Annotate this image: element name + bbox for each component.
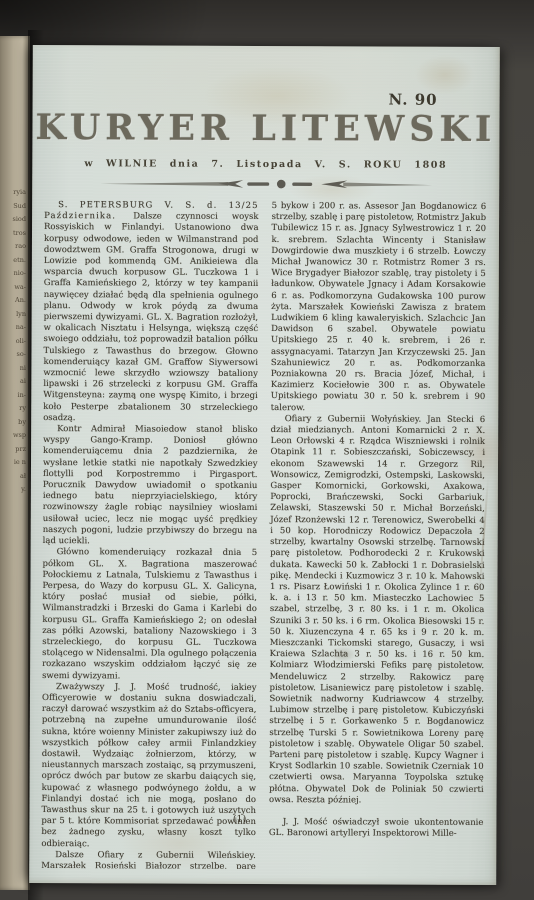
edge-text-fragment: prz	[0, 443, 30, 457]
paragraph: Ofiary z Gubernii Wołyńskiey. Jan Stecki…	[269, 414, 485, 807]
edge-text-fragment: tros	[0, 227, 30, 241]
page-number: (1)	[29, 813, 449, 826]
edge-text-fragment: nio-	[0, 267, 30, 281]
issue-number: N. 90	[388, 91, 437, 109]
decorative-divider-rule	[100, 176, 432, 191]
edge-text-fragment: ał	[0, 470, 30, 484]
edge-text-fragment: so-	[0, 348, 30, 362]
paragraph: 5 bykow i 200 r. as. Assesor Jan Bogdano…	[271, 201, 486, 415]
previous-page-edge: ryiaSudsiodtrosraoetn.nio-wa-An.lynna-ol…	[0, 36, 30, 890]
paragraph: Kontr Admirał Miasoiedow stanoł blisko w…	[43, 424, 258, 548]
edge-text-fragment: ry	[0, 402, 30, 416]
paragraph: Główno komenderuiący rozkazał dnia 5 pół…	[42, 547, 257, 682]
text-column-right: 5 bykow i 200 r. as. Assesor Jan Bogdano…	[269, 201, 486, 870]
edge-text-fragment: wsp	[0, 429, 30, 443]
edge-text-fragment: siod	[0, 213, 30, 227]
edge-text-fragment: ryia	[0, 186, 30, 200]
dateline: w WILNIE dnia 7. Listopada V. S. ROKU 18…	[32, 158, 499, 171]
edge-text-fragment: ni	[0, 362, 30, 376]
paragraph: Zważywszy J. J. Mość trudność, iakiey Of…	[41, 682, 256, 851]
edge-text-fragment: etn.	[0, 254, 30, 268]
edge-text-fragment: ie n	[0, 456, 30, 470]
edge-text-fragment: lyn	[0, 308, 30, 322]
edge-text-fragment: wa-	[0, 281, 30, 295]
paragraph: Dalsze Ofiary z Gubernii Wileńskiey. Mar…	[41, 850, 256, 870]
edge-text-fragments: ryiaSudsiodtrosraoetn.nio-wa-An.lynna-ol…	[0, 36, 30, 497]
edge-text-fragment: na-	[0, 321, 30, 335]
masthead-title: KURYER LITEWSKI	[32, 107, 499, 150]
edge-text-fragment: oli-	[0, 335, 30, 349]
edge-text-fragment: by	[0, 416, 30, 430]
edge-text-fragment: in-	[0, 389, 30, 403]
edge-text-fragment: Sud	[0, 200, 30, 214]
article-body: S. PETERSBURG V. S. d. 13/25 Październik…	[41, 200, 486, 870]
paper-stain	[415, 55, 475, 95]
edge-text-fragment: rao	[0, 240, 30, 254]
edge-text-fragment: An.	[0, 294, 30, 308]
paragraph-lead: S. PETERSBURG V. S. d. 13/25 Październik…	[44, 200, 259, 222]
book-scan-background: ryiaSudsiodtrosraoetn.nio-wa-An.lynna-ol…	[0, 0, 534, 900]
edge-text-fragment: y.	[0, 483, 30, 497]
paragraph: S. PETERSBURG V. S. d. 13/25 Październik…	[43, 200, 258, 425]
newspaper-page: N. 90 KURYER LITEWSKI w WILNIE dnia 7. L…	[29, 45, 500, 885]
edge-text-fragment: ai	[0, 375, 30, 389]
text-column-left: S. PETERSBURG V. S. d. 13/25 Październik…	[41, 200, 258, 869]
